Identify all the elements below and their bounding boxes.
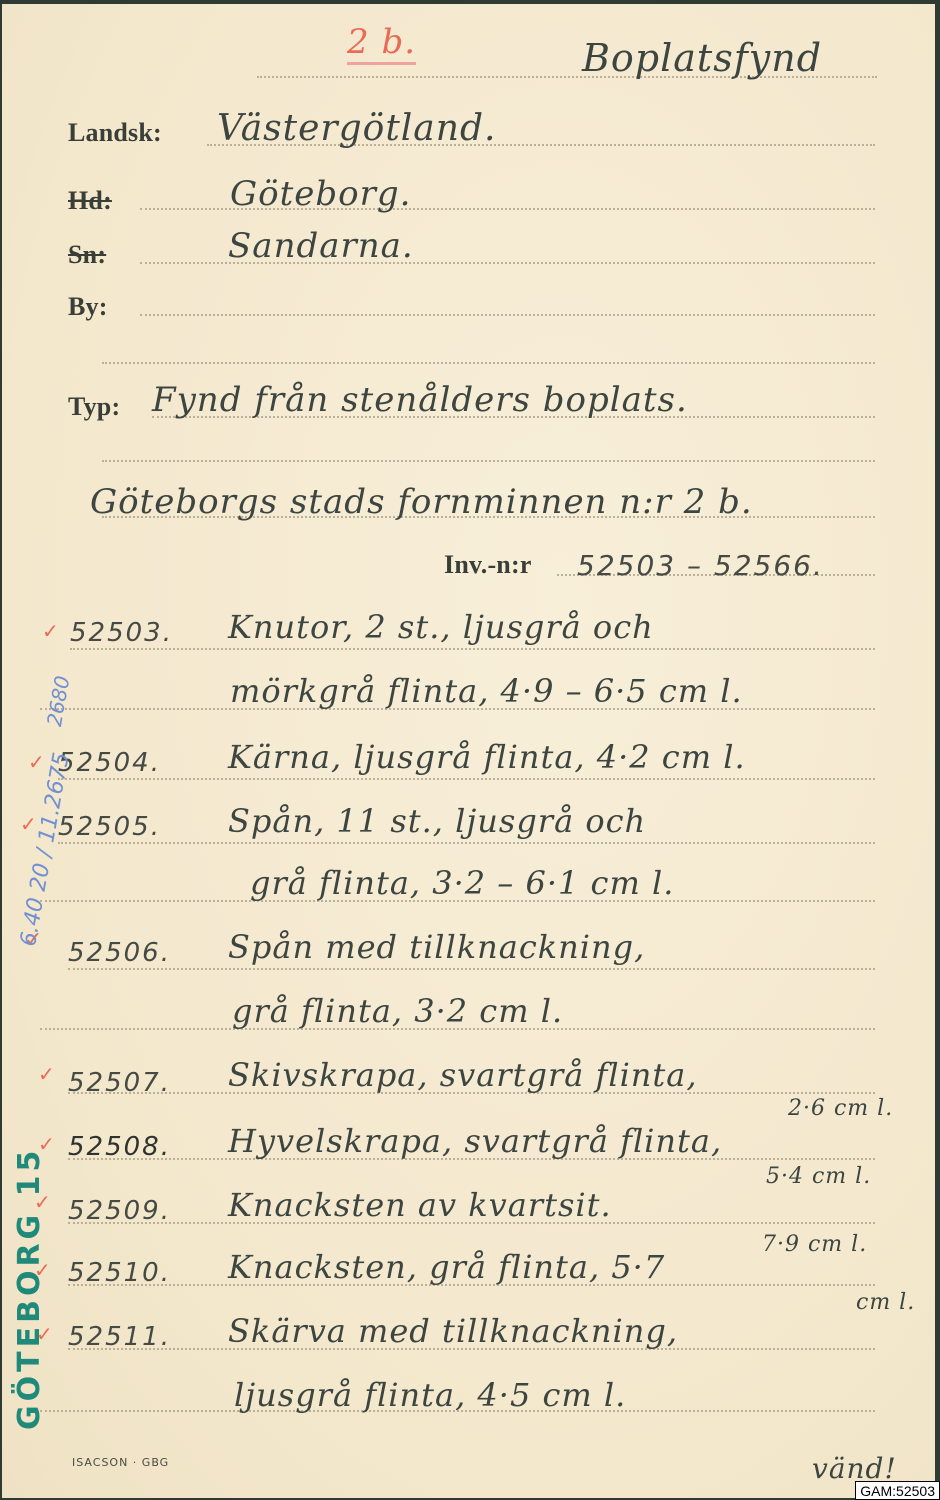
blue-pencil-note: 6.40 20 / 11.2675 (16, 751, 75, 949)
entry-measure: cm l. (856, 1290, 915, 1315)
category-title: Boplatsfynd (582, 36, 822, 80)
category-code: 2 b. (347, 22, 416, 65)
entry-text: Spån, 11 st., ljusgrå och (228, 802, 646, 840)
entry-text: Skivskrapa, svartgrå flinta, (228, 1056, 698, 1094)
collection-line: Göteborgs stads fornminnen n:r 2 b. (90, 482, 753, 522)
entry-line (70, 648, 875, 650)
entry-text: Hyvelskrapa, svartgrå flinta, (228, 1122, 722, 1160)
entry-text: Knacksten av kvartsit. (228, 1186, 612, 1224)
field-line-by (140, 314, 875, 316)
entry-text: Skärva med tillknackning, (228, 1312, 678, 1350)
field-label-landsk: Landsk: (68, 118, 162, 148)
entry-text: grå flinta, 3·2 – 6·1 cm l. (250, 864, 674, 902)
inventory-label: Inv.-n:r (444, 550, 532, 580)
blank-line-2 (102, 460, 875, 462)
blue-pencil-note-2: 2680 (42, 674, 74, 728)
entry-text: mörkgrå flinta, 4·9 – 6·5 cm l. (230, 672, 743, 710)
entry-number: 52506. (68, 938, 171, 968)
field-label-hd: Hd: (68, 186, 112, 216)
check-mark-icon: ✓ (34, 1258, 51, 1282)
entry-text: grå flinta, 3·2 cm l. (232, 992, 563, 1030)
entry-line (68, 968, 875, 970)
field-value-landsk: Västergötland. (217, 108, 496, 149)
check-mark-icon: ✓ (34, 1190, 51, 1214)
type-value: Fynd från stenålders boplats. (152, 380, 688, 420)
blank-line (102, 362, 875, 364)
entry-number: 52505. (58, 812, 161, 842)
check-mark-icon: ✓ (36, 1322, 53, 1346)
catalog-card: 2 b. Boplatsfynd Landsk: Västergötland. … (2, 4, 935, 1498)
entry-text: Knutor, 2 st., ljusgrå och (228, 608, 654, 646)
entry-line (58, 778, 875, 780)
printer-mark: ISACSON · GBG (72, 1456, 169, 1469)
type-label: Typ: (68, 392, 120, 422)
entry-text: Knacksten, grå flinta, 5·7 (228, 1248, 665, 1286)
entry-text: ljusgrå flinta, 4·5 cm l. (234, 1376, 626, 1414)
inventory-value: 52503 – 52566. (577, 549, 824, 582)
archive-id-label: GAM:52503 (855, 1481, 940, 1500)
field-value-hd: Göteborg. (230, 174, 411, 214)
entry-number: 52503. (70, 618, 173, 648)
entry-text: Spån med tillknackning, (228, 928, 645, 966)
entry-number: 52504. (58, 748, 161, 778)
check-mark-icon: ✓ (38, 1062, 55, 1086)
field-label-by: By: (68, 292, 108, 322)
field-value-sn: Sandarna. (228, 226, 414, 266)
check-mark-icon: ✓ (20, 812, 37, 836)
entry-measure: 7·9 cm l. (762, 1232, 867, 1257)
entry-line (58, 842, 875, 844)
check-mark-icon: ✓ (28, 750, 45, 774)
check-mark-icon: ✓ (42, 619, 59, 643)
entry-text: Kärna, ljusgrå flinta, 4·2 cm l. (228, 738, 746, 776)
entry-measure: 2·6 cm l. (788, 1096, 893, 1121)
field-label-sn: Sn: (68, 240, 106, 270)
entry-measure: 5·4 cm l. (766, 1164, 871, 1189)
